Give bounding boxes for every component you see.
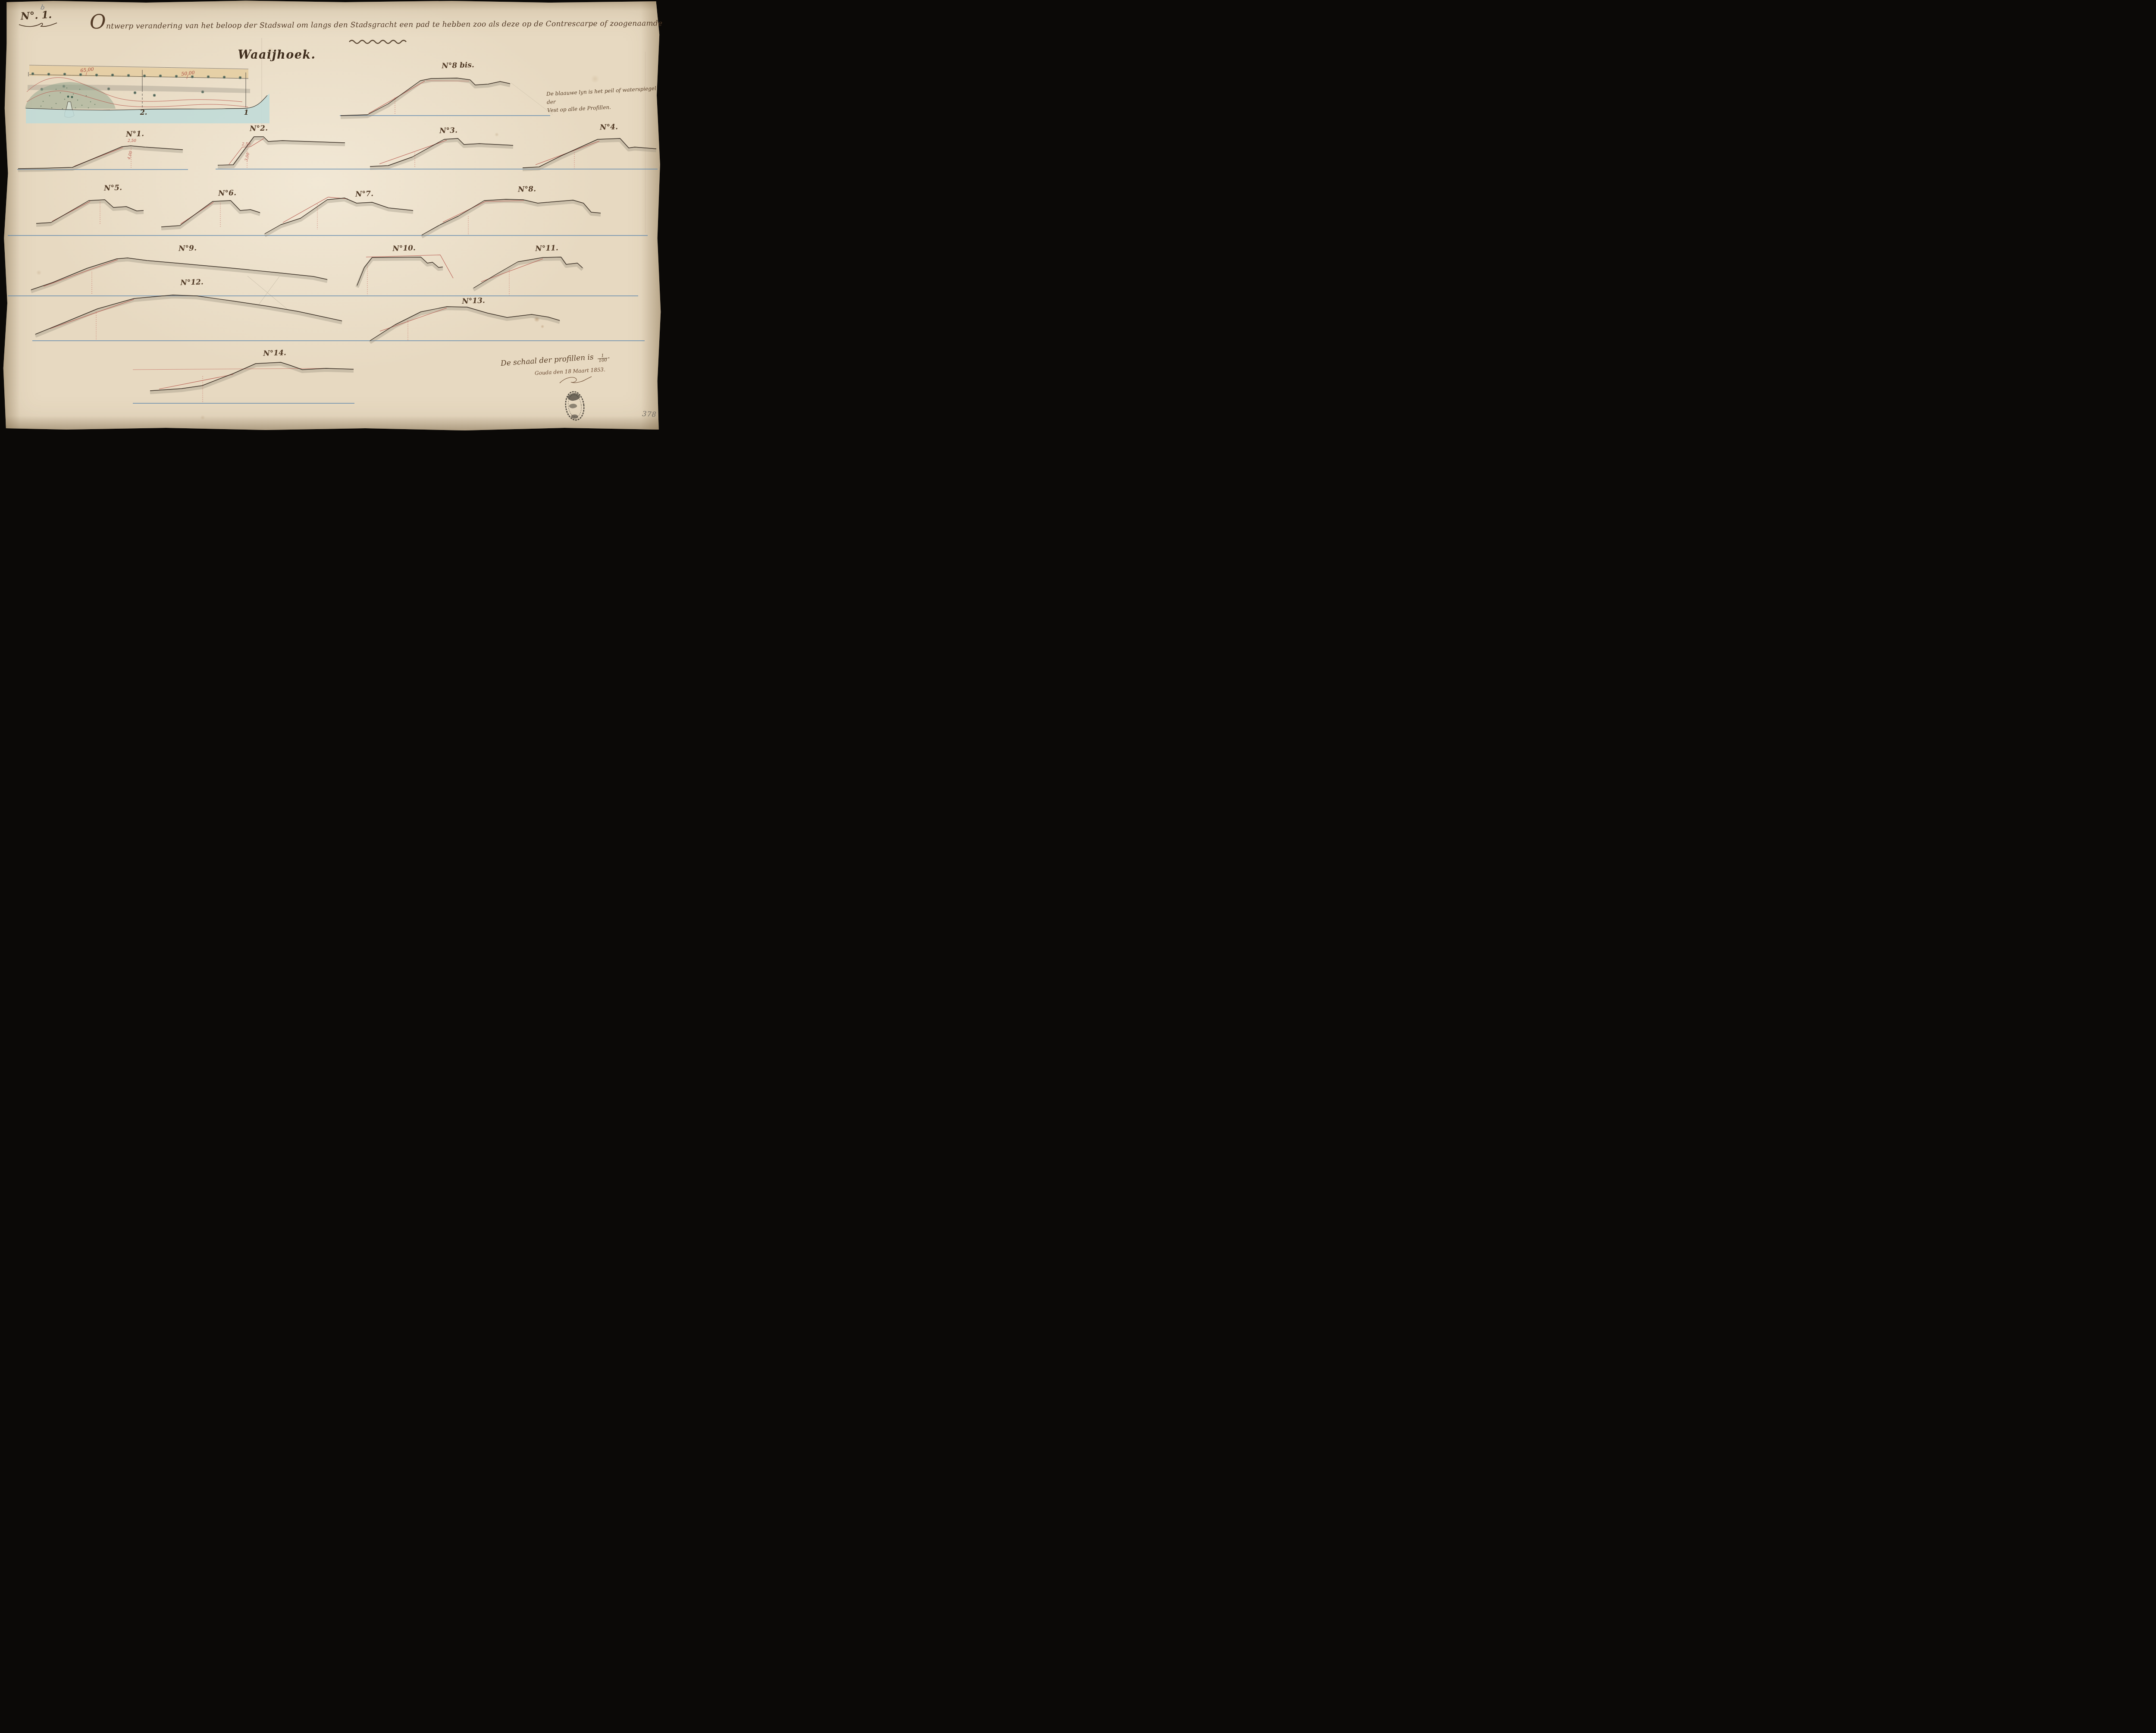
profile-label-n7: N°7. [355,189,373,198]
profile-label-n1: N°1. [126,129,144,138]
profile-annotation: 3,50 [244,152,251,162]
profile-label-n9: N°9. [179,244,197,253]
map-title: Waaijhoek. [238,48,316,62]
profile-label-n3: N°3. [439,126,458,135]
profile-label-n6: N°6. [218,188,236,198]
map-station-label-1: 1 [244,108,248,116]
profile-annotation: 2,50 [128,139,136,143]
drawing-title: Ontwerp verandering van het beloop der S… [90,19,664,31]
profile-annotation: 4,00 [127,151,134,160]
map-measurement-left: 65,00 [80,66,94,73]
map-station-label-2: 2. [140,108,147,116]
profile-label-n8: N°8. [518,185,536,194]
profile-label-n11: N°11. [535,244,558,253]
map-measurement-right: 50,00 [181,70,195,77]
profile-label-n2: N°2. [250,124,268,133]
date-line: Gouda den 18 Maart 1853. [535,367,605,377]
scale-fraction-denominator: 100 [598,358,608,364]
profile-label-n14: N°14. [263,348,286,358]
profile-label-n4: N°4. [600,122,618,132]
water-level-note: De blaauwe lyn is het peil of waterspieg… [546,84,664,115]
document-number: N°. 1. [20,9,52,22]
profile-label-n8bis: N°8 bis. [442,61,474,71]
profile-label-n5: N°5. [104,183,122,192]
scale-note-period: . [607,352,610,360]
page-number-pencil: 378 [642,410,657,419]
profile-label-n13: N°13. [462,296,485,306]
profile-label-n10: N°10. [392,244,416,253]
scale-note-text: De schaal der profillen is [501,353,594,368]
scale-fraction: 1100 [598,353,608,364]
profile-annotation: 2,50 [242,142,251,147]
profile-label-n12: N°12. [180,278,204,287]
